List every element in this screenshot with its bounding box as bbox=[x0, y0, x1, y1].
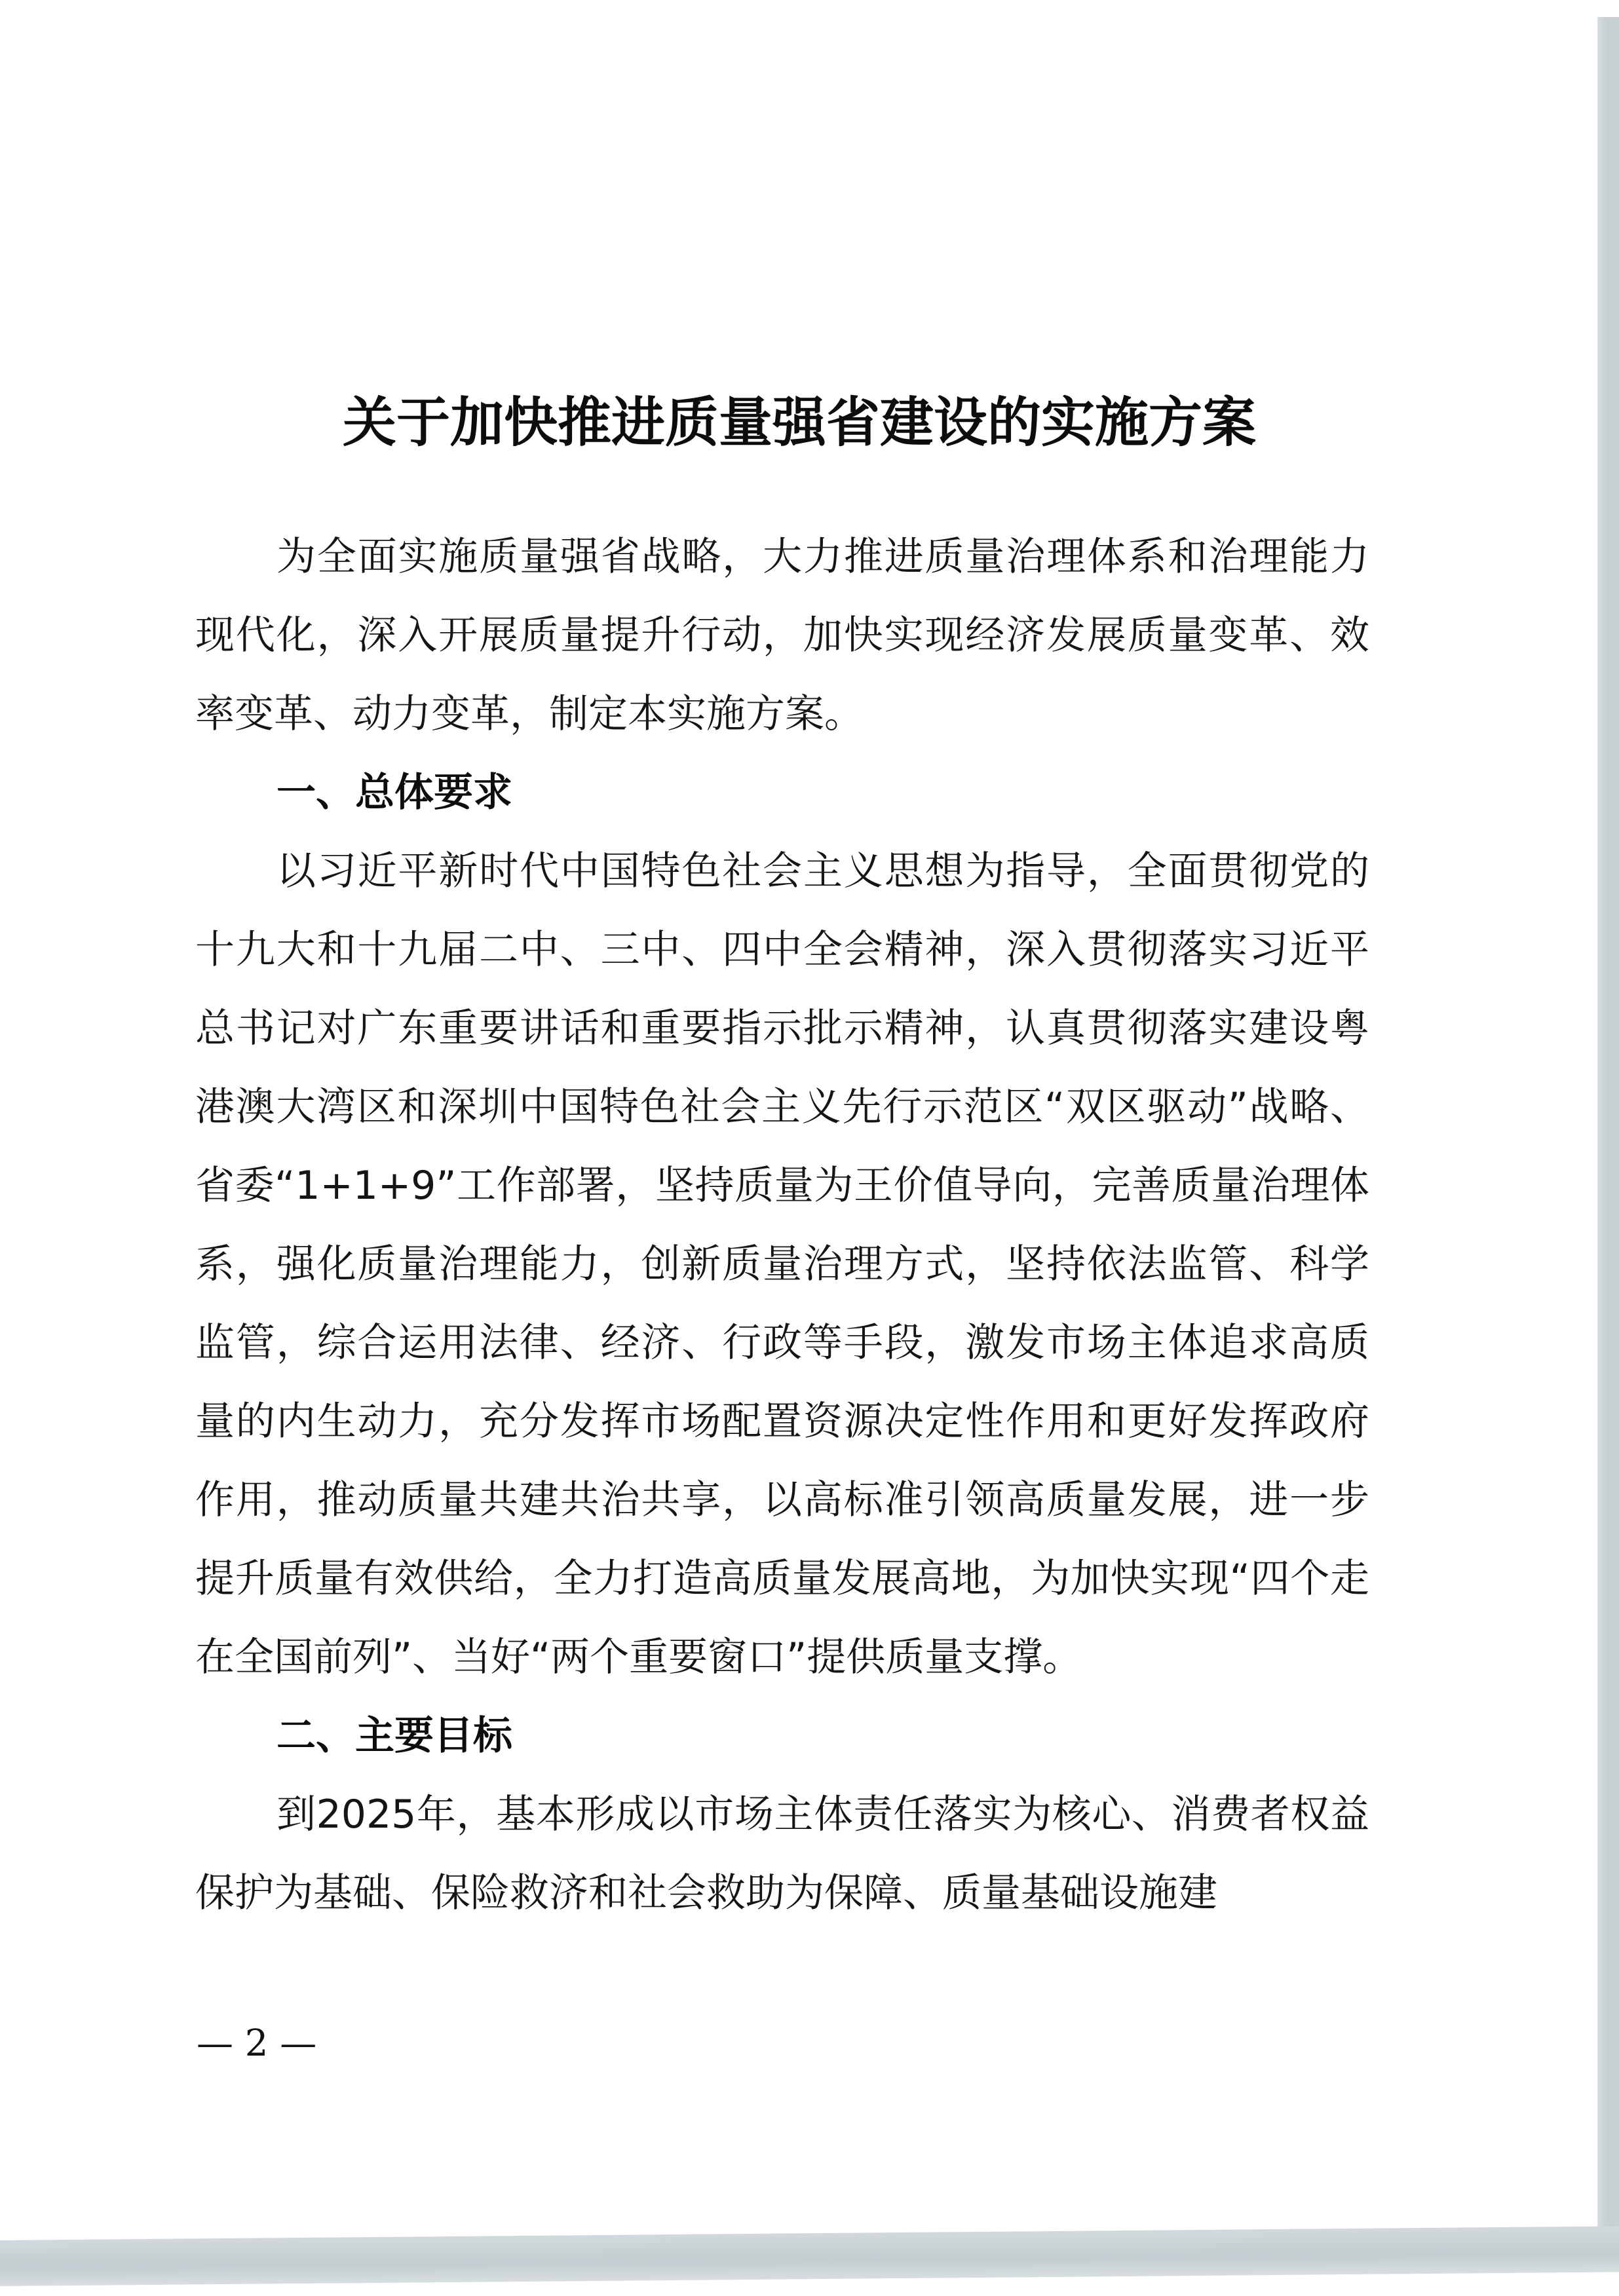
section-paragraph: 到2025年，基本形成以市场主体责任落实为核心、消费者权益保护为基础、保险救济和… bbox=[195, 1775, 1369, 1932]
section-paragraph: 以习近平新时代中国特色社会主义思想为指导，全面贯彻党的十九大和十九届二中、三中、… bbox=[195, 832, 1369, 1697]
intro-paragraph: 为全面实施质量强省战略，大力推进质量治理体系和治理能力现代化，深入开展质量提升行… bbox=[195, 518, 1369, 753]
page-number: — 2 — bbox=[197, 2018, 316, 2070]
section-heading-main-goals: 二、主要目标 bbox=[195, 1697, 1369, 1775]
document-page: 关于加快推进质量强省建设的实施方案 为全面实施质量强省战略，大力推进质量治理体系… bbox=[0, 0, 1599, 2247]
document-title: 关于加快推进质量强省建设的实施方案 bbox=[0, 386, 1599, 459]
document-body: 为全面实施质量强省战略，大力推进质量治理体系和治理能力现代化，深入开展质量提升行… bbox=[195, 518, 1369, 1932]
scan-edge-right bbox=[1597, 17, 1619, 2244]
section-heading-general-requirements: 一、总体要求 bbox=[195, 753, 1369, 832]
